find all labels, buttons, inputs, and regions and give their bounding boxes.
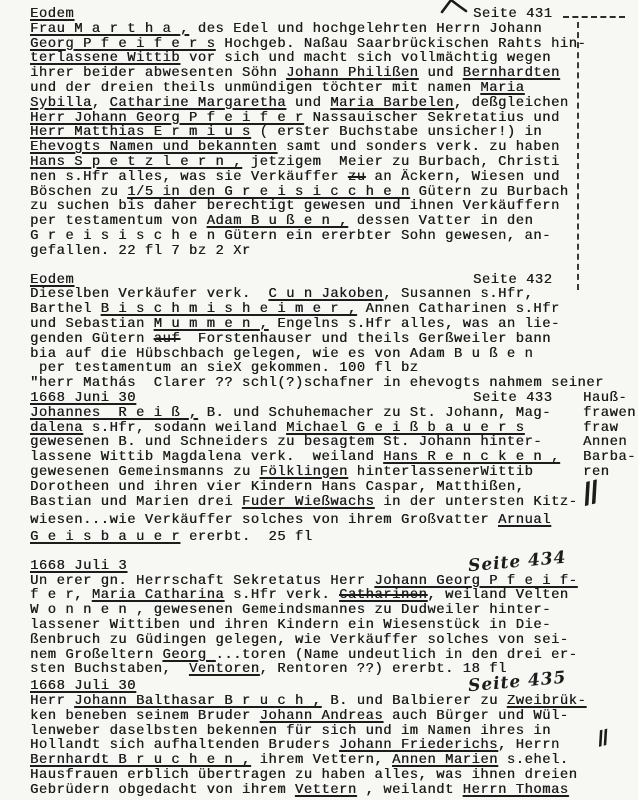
text-segment: Fuder Wießwachs	[242, 495, 374, 510]
text-segment: Michael G e i ß b a u e r s	[286, 421, 524, 436]
text-segment: ihrem Vettern,	[251, 753, 392, 768]
section-seite-434: 1668 Juli 3Seite 434Un erer gn. Herrscha…	[30, 560, 638, 678]
text-segment: an Äckern, Wiesen und	[366, 170, 560, 185]
margin-note: frawen	[583, 407, 636, 422]
text-segment: ...toren (Name undeutlich in den drei er…	[215, 648, 577, 663]
page-number: Seite 433	[473, 392, 552, 407]
text-segment: genden Gütern	[30, 332, 154, 347]
text-segment: terlassene Wittib	[30, 51, 180, 66]
text-segment: lassene Wittib Magdalena verk. weiland	[30, 450, 383, 465]
text-line: und Sebastian M u m m e n , Engelns s.Hf…	[30, 318, 638, 333]
margin-note: Annen	[583, 436, 627, 451]
text-segment: jetzigem Meier zu Burbach, Christi	[242, 155, 560, 170]
text-line: lassener Wittiben und ihren Kindern ein …	[30, 619, 638, 634]
text-segment: , Susannen s.Hfr,	[383, 287, 533, 302]
text-segment: hinterlassenerWittib	[348, 465, 533, 480]
text-line: Herr Matthias E r m i u s ( erster Buchs…	[30, 126, 638, 141]
text-segment: auch Bürger und Wül-	[383, 709, 568, 724]
text-segment: s.Hfr verk.	[224, 588, 339, 603]
text-segment: B i s c h m i s h e i m e r ,	[101, 302, 357, 317]
text-segment: ihrer beider abwesenten Söhn	[30, 66, 286, 81]
text-segment: dessen Vatter in den	[348, 214, 533, 229]
text-segment: Barthel	[30, 302, 101, 317]
text-segment: Ventoren	[189, 662, 260, 677]
text-segment: Annen Catharinen s.Hfr	[357, 302, 560, 317]
text-segment: wiesen...wie Verkäuffer solches von ihre…	[30, 513, 498, 528]
text-segment: Hochgeb. Naßau Saarbrückischen Rahts hin…	[215, 37, 586, 52]
text-segment: Herr	[30, 694, 74, 709]
text-segment: "herr Mathás Clarer ?? schl(?)schafner i…	[30, 376, 604, 391]
page-number: Seite 434	[468, 551, 568, 574]
text-line: nen s.Hfr alles, was sie Verkäuffer zu a…	[30, 171, 638, 186]
text-segment: Georg	[162, 648, 215, 663]
text-segment: Herr Johann Georg P f e i f e r	[30, 111, 304, 126]
page-number: Seite 431	[473, 8, 552, 23]
text-segment: Fölklingen	[260, 465, 348, 480]
text-segment: Johann Andreas	[260, 709, 384, 724]
text-segment: Gebrüdern obgedacht von ihrem	[30, 783, 295, 798]
text-line: gefallen. 22 fl 7 bz 2 Xr	[30, 245, 638, 260]
text-line: Johannes R e i ß , B. und Schuhemacher z…	[30, 407, 638, 422]
text-line: 1668 Juli 3Seite 434	[30, 560, 638, 575]
text-segment: gewesenen Gemeinsmanns zu	[30, 465, 260, 480]
text-segment: gewesenen B. und Schneiders zu besagtem …	[30, 435, 542, 450]
text-segment: ( erster Buchstabe unsicher!) in	[251, 125, 542, 140]
text-segment: lassener Wittiben und ihren Kindern ein …	[30, 618, 551, 633]
text-line: W o n n e n , gewesenen Gemeindsmannes z…	[30, 604, 638, 619]
margin-note: fraw	[583, 422, 618, 437]
text-segment: Annen Marien	[392, 753, 498, 768]
text-segment: , Herrn	[498, 738, 560, 753]
text-segment: Maria Barbelen	[330, 96, 454, 111]
text-segment: G e i s b a u e r	[30, 530, 180, 545]
text-segment: Hans S p e t z l e r n ,	[30, 155, 242, 170]
section-seite-435: 1668 Juli 30Seite 435Herr Johann Balthas…	[30, 680, 638, 798]
text-segment: und Sebastian	[30, 317, 154, 332]
text-line: Dorotheen und ihren vier Kindern Hans Ca…	[30, 481, 638, 496]
text-line: 1668 Juli 30Seite 435	[30, 680, 638, 695]
text-line: "herr Mathás Clarer ?? schl(?)schafner i…	[30, 377, 638, 392]
text-segment: s.Hfr, sodann weiland	[83, 421, 286, 436]
text-segment: bia auf die Hübschbach gelegen, wie es v…	[30, 347, 533, 362]
text-line: EodemSeite 431	[30, 8, 638, 23]
text-segment: Engelns s.Hfr alles, was an lie-	[268, 317, 559, 332]
text-segment: Georg P f e i f e r s	[30, 37, 215, 52]
text-segment: B. und Schuhemacher zu St. Johann, Mag-	[198, 406, 551, 421]
text-segment: B. und Balbierer zu	[321, 694, 506, 709]
text-segment: per testamentum von	[30, 214, 207, 229]
text-segment: Böschen zu	[30, 185, 127, 200]
text-line: genden Gütern auf Forstenhauser und thei…	[30, 333, 638, 348]
text-segment: Hausfrauen erblich übertragen zu haben a…	[30, 768, 577, 783]
margin-note: Barba-	[583, 451, 636, 466]
text-segment: und	[286, 96, 330, 111]
text-line: G e i s b a u e r ererbt. 25 fl	[30, 531, 638, 546]
text-segment: , deßgleichen	[454, 96, 569, 111]
text-segment: Hollandt sich aufhaltenden Bruders	[30, 738, 339, 753]
text-line: Herr Johann Balthasar B r u c h , B. und…	[30, 695, 638, 710]
section-seite-433: 1668 Juni 30Seite 433Hauß-Johannes R e i…	[30, 392, 638, 546]
text-segment: Bernhardten	[463, 66, 560, 81]
document-page: EodemSeite 431Frau M a r t h a , des Ede…	[0, 0, 638, 800]
text-segment: Dieselben Verkäufer verk.	[30, 287, 268, 302]
text-line: Hausfrauen erblich übertragen zu haben a…	[30, 769, 638, 784]
text-segment: s.ehel.	[498, 753, 569, 768]
text-segment: Johann Balthasar B r u c h ,	[74, 694, 321, 709]
text-line: per testamentum an sieX gekommen. 100 fl…	[30, 362, 638, 377]
text-segment: Catharine Margaretha	[109, 96, 286, 111]
page-number: Seite 435	[468, 671, 568, 694]
text-segment: Hans R e n c k e n ,	[383, 450, 560, 465]
text-segment: sten Buchstaben,	[30, 662, 189, 677]
text-segment: ken beneben seinem Bruder	[30, 709, 260, 724]
text-segment: Un erer gn. Herrschaft Sekretatus Herr	[30, 574, 374, 589]
text-line: per testamentum von Adam B u ß e n , des…	[30, 215, 638, 230]
text-line: Barthel B i s c h m i s h e i m e r , An…	[30, 303, 638, 318]
text-segment: Eodem	[30, 7, 74, 22]
text-segment: ererbt. 25 fl	[180, 530, 312, 545]
text-line: G r e i s i s c h e n Gütern ein ererbte…	[30, 230, 638, 245]
text-segment: vor sich und macht sich vollmächtig wege…	[180, 51, 551, 66]
text-line: Dieselben Verkäufer verk. C u n Jakoben,…	[30, 288, 638, 303]
text-line: zu suchen bis daher berechtigt gewesen u…	[30, 200, 638, 215]
text-segment: lenweber daselbsten bekennen für sich un…	[30, 724, 551, 739]
text-segment: C u n Jakoben	[268, 287, 383, 302]
text-segment: f e r,	[30, 588, 92, 603]
text-segment: Johannes R e i ß ,	[30, 406, 198, 421]
text-segment: Bastian und Marien drei	[30, 495, 242, 510]
text-line: lassene Wittib Magdalena verk. weiland H…	[30, 451, 638, 466]
text-segment: M u m m e n ,	[154, 317, 269, 332]
text-line: terlassene Wittib vor sich und macht sic…	[30, 52, 638, 67]
text-segment: ,	[92, 96, 110, 111]
text-line: Bernhardt B r u c h e n , ihrem Vettern,…	[30, 754, 638, 769]
text-line: wiesen...wie Verkäuffer solches von ihre…	[30, 514, 638, 529]
text-segment: Johann Friederichs	[339, 738, 498, 753]
text-segment: Frau M a r t h a ,	[30, 22, 189, 37]
text-segment: 1668 Juli 30	[30, 679, 136, 694]
text-segment: Eodem	[30, 273, 74, 288]
text-segment: Gütern zu Burbach	[410, 185, 569, 200]
text-segment: G r e i s i s c h e n Gütern ein ererbte…	[30, 229, 551, 244]
text-line: Ehevogts Namen und bekannten samt und so…	[30, 141, 638, 156]
text-segment: nen s.Hfr alles, was sie Verkäuffer	[30, 170, 348, 185]
text-line: Bastian und Marien drei Fuder Wießwachs …	[30, 496, 638, 511]
text-segment: , weilandt	[357, 783, 463, 798]
text-segment: zu suchen bis daher berechtigt gewesen u…	[30, 199, 560, 214]
text-segment: Dorotheen und ihren vier Kindern Hans Ca…	[30, 480, 524, 495]
text-segment: Sybilla	[30, 96, 92, 111]
text-segment: nem Großeltern	[30, 648, 162, 663]
text-segment: und der dreien theils unmündigen töchter…	[30, 81, 480, 96]
text-line: 1668 Juni 30Seite 433Hauß-	[30, 392, 638, 407]
section-seite-432: EodemSeite 432Dieselben Verkäufer verk. …	[30, 274, 638, 392]
text-segment: Maria	[480, 81, 524, 96]
text-segment: auf	[154, 332, 181, 347]
text-line: gewesenen Gemeinsmanns zu Fölklingen hin…	[30, 466, 638, 481]
text-segment: 1668 Juni 30	[30, 391, 136, 406]
text-segment: Vettern	[295, 783, 357, 798]
text-line: gewesenen B. und Schneiders zu besagtem …	[30, 436, 638, 451]
text-segment: Johann Philißen	[286, 66, 418, 81]
text-line: Hans S p e t z l e r n , jetzigem Meier …	[30, 156, 638, 171]
text-segment: Arnual	[498, 513, 551, 528]
margin-note: Hauß-	[583, 392, 627, 407]
text-segment: ßenbruch zu Güdingen gelegen, wie Verkäu…	[30, 633, 569, 648]
text-segment: gefallen. 22 fl 7 bz 2 Xr	[30, 244, 251, 259]
text-line: ken beneben seinem Bruder Johann Andreas…	[30, 710, 638, 725]
text-segment: in der untersten Kitz-	[374, 495, 577, 510]
text-line: Sybilla, Catharine Margaretha und Maria …	[30, 97, 638, 112]
text-segment: Zweibrük-	[507, 694, 586, 709]
text-segment: , weiland Velten	[427, 588, 568, 603]
text-segment: Ehevogts Namen und bekannten	[30, 140, 277, 155]
text-segment: samt und sonders verk. zu haben	[277, 140, 560, 155]
text-line: und der dreien theils unmündigen töchter…	[30, 82, 638, 97]
document-text: EodemSeite 431Frau M a r t h a , des Ede…	[30, 8, 638, 799]
text-line: Gebrüdern obgedacht von ihrem Vettern , …	[30, 784, 638, 799]
text-segment: per testamentum an sieX gekommen. 100 fl…	[30, 361, 419, 376]
text-segment: 1/5 in den G r e i s i c c h e n	[127, 185, 410, 200]
text-segment: 1668 Juli 3	[30, 559, 127, 574]
text-segment: Herr Matthias E r m i u s	[30, 125, 251, 140]
text-segment: Adam B u ß e n ,	[207, 214, 348, 229]
section-seite-431: EodemSeite 431Frau M a r t h a , des Ede…	[30, 8, 638, 260]
text-segment: Maria Catharina	[92, 588, 224, 603]
text-line: ihrer beider abwesenten Söhn Johann Phil…	[30, 67, 638, 82]
text-segment: Forstenhauser und theils Gerßweiler bann	[180, 332, 551, 347]
text-line: Frau M a r t h a , des Edel und hochgele…	[30, 23, 638, 38]
text-segment: dalena	[30, 421, 83, 436]
text-segment: W o n n e n , gewesenen Gemeindsmannes z…	[30, 603, 551, 618]
text-segment: Nassauischer Sekretatius und	[304, 111, 560, 126]
text-segment: und	[419, 66, 463, 81]
text-segment: des Edel und hochgelehrten Herrn Johann	[189, 22, 542, 37]
text-segment: Johann Georg P f e i f-	[374, 574, 577, 589]
text-segment: Catharinen	[339, 588, 427, 603]
text-segment: Bernhardt B r u c h e n ,	[30, 753, 251, 768]
text-segment: zu	[348, 170, 366, 185]
text-line: ßenbruch zu Güdingen gelegen, wie Verkäu…	[30, 634, 638, 649]
text-segment: Herrn Thomas	[463, 783, 569, 798]
